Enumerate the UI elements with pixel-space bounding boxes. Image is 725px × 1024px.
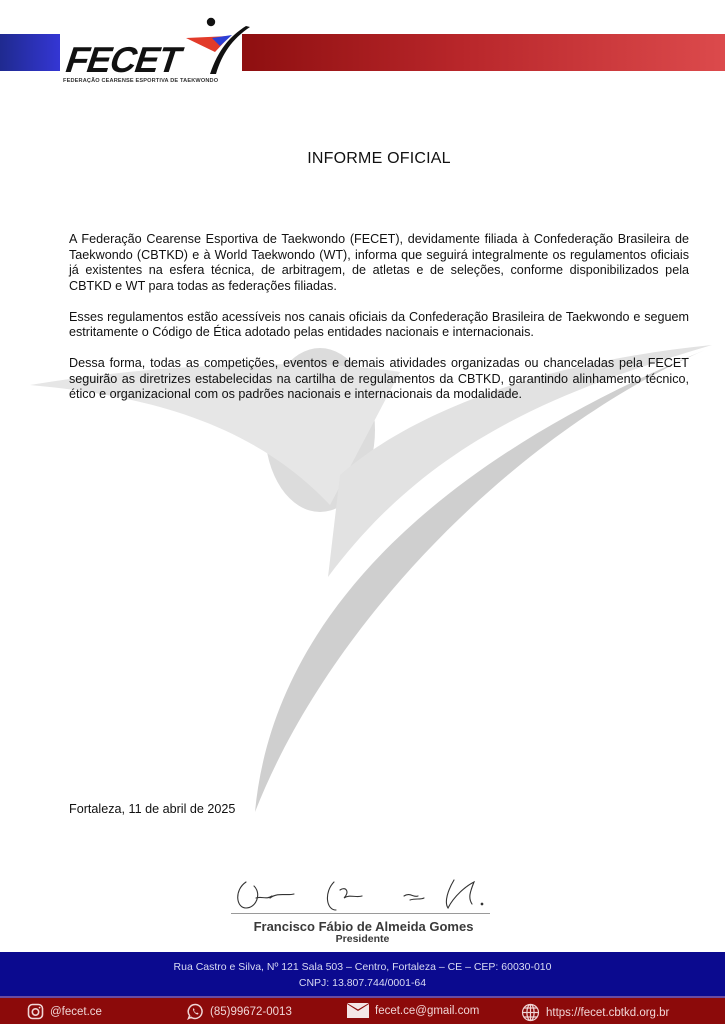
document-title: INFORME OFICIAL bbox=[0, 150, 725, 168]
svg-text:FECET: FECET bbox=[61, 40, 188, 80]
footer-contacts-bar: @fecet.ce (85)99672-0013 fecet.ce@gmail.… bbox=[0, 996, 725, 1024]
document-date: Fortaleza, 11 de abril de 2025 bbox=[69, 802, 235, 816]
contact-email[interactable]: fecet.ce@gmail.com bbox=[347, 1003, 479, 1018]
contact-whatsapp[interactable]: (85)99672-0013 bbox=[187, 1003, 292, 1020]
contact-instagram[interactable]: @fecet.ce bbox=[27, 1003, 102, 1020]
globe-icon bbox=[521, 1003, 540, 1022]
contact-label: fecet.ce@gmail.com bbox=[375, 1005, 479, 1017]
whatsapp-icon bbox=[187, 1003, 204, 1020]
contact-label: @fecet.ce bbox=[50, 1006, 102, 1018]
signature-scribble bbox=[232, 876, 492, 914]
header-blue-bar bbox=[0, 34, 60, 71]
signer-role: Presidente bbox=[0, 933, 725, 945]
contact-label: https://fecet.cbtkd.org.br bbox=[546, 1007, 669, 1019]
footer-address: Rua Castro e Silva, Nº 121 Sala 503 – Ce… bbox=[0, 961, 725, 973]
contact-website[interactable]: https://fecet.cbtkd.org.br bbox=[521, 1003, 669, 1022]
header-red-bar bbox=[242, 34, 725, 71]
instagram-icon bbox=[27, 1003, 44, 1020]
mail-icon bbox=[347, 1003, 369, 1018]
paragraph: Esses regulamentos estão acessíveis nos … bbox=[69, 310, 689, 341]
document-body: A Federação Cearense Esportiva de Taekwo… bbox=[69, 232, 689, 418]
contact-label: (85)99672-0013 bbox=[210, 1006, 292, 1018]
footer-cnpj: CNPJ: 13.807.744/0001-64 bbox=[0, 977, 725, 989]
signature-line bbox=[231, 913, 490, 914]
paragraph: A Federação Cearense Esportiva de Taekwo… bbox=[69, 232, 689, 294]
logo-subtitle: FEDERAÇÃO CEARENSE ESPORTIVA DE TAEKWOND… bbox=[63, 78, 218, 84]
signer-name: Francisco Fábio de Almeida Gomes bbox=[0, 919, 725, 934]
footer-address-bar: Rua Castro e Silva, Nº 121 Sala 503 – Ce… bbox=[0, 952, 725, 996]
paragraph: Dessa forma, todas as competições, event… bbox=[69, 356, 689, 403]
